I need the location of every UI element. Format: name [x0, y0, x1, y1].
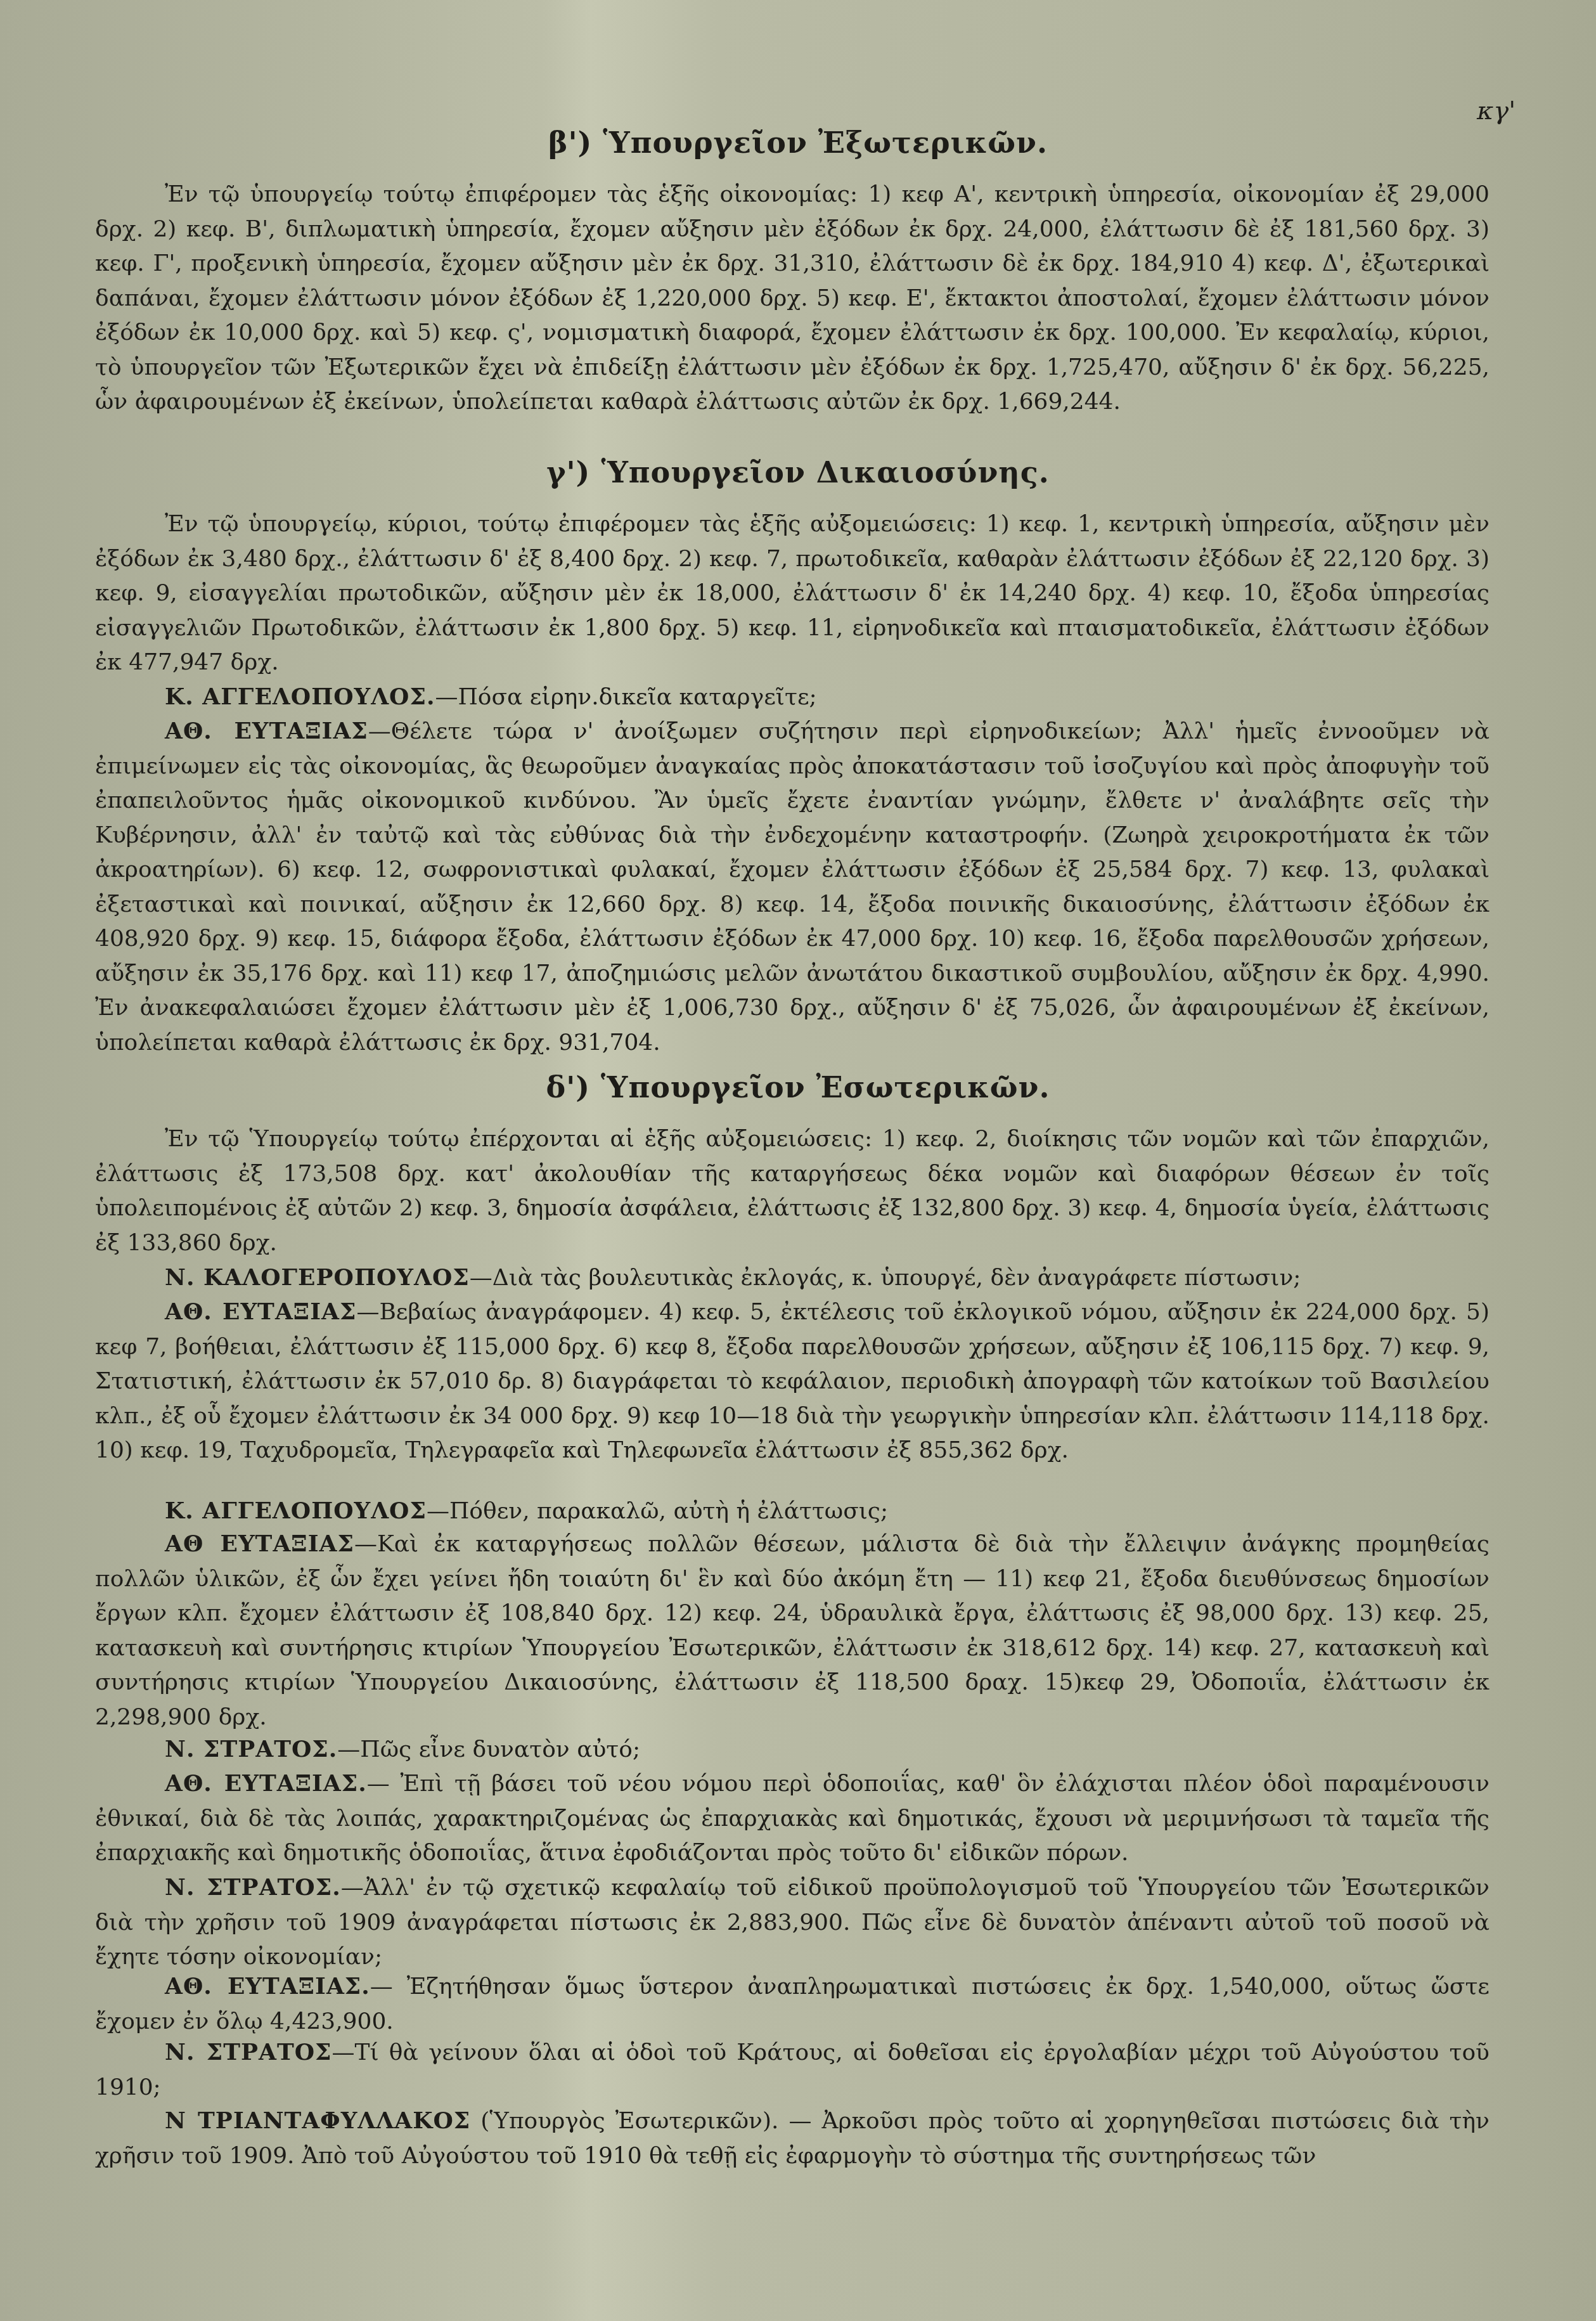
- speech-text: —Καὶ ἐκ καταργήσεως πολλῶν θέσεων, μάλισ…: [95, 1531, 1490, 1730]
- paragraph-interior: Ἐν τῷ Ὑπουργείῳ τούτῳ ἐπέρχονται αἱ ἑξῆς…: [95, 1122, 1490, 1260]
- exchange-interior-1: Ν. ΚΑΛΟΓΕΡΟΠΟΥΛΟΣ—Διὰ τὰς βουλευτικὰς ἐκ…: [95, 1260, 1490, 1296]
- speech-text: —Διὰ τὰς βουλευτικὰς ἐκλογάς, κ. ὑπουργέ…: [470, 1265, 1301, 1291]
- speaker-name: ΑΘ. ΕΥΤΑΞΙΑΣ.: [165, 1973, 370, 2000]
- speaker-name: ΑΘ ΕΥΤΑΞΙΑΣ: [165, 1530, 354, 1557]
- speaker-name: ΑΘ. ΕΥΤΑΞΙΑΣ.: [165, 1770, 367, 1797]
- exchange-interior-2: ΑΘ. ΕΥΤΑΞΙΑΣ—Βεβαίως ἀναγράφομεν. 4) κεφ…: [95, 1295, 1490, 1468]
- speech-text: —Πόθεν, παρακαλῶ, αὐτὴ ἡ ἐλάττωσις;: [427, 1498, 888, 1524]
- exchange-interior-9: Ν. ΣΤΡΑΤΟΣ—Τί θὰ γείνουν ὅλαι αἱ ὁδοὶ το…: [95, 2035, 1490, 2105]
- speaker-name: ΑΘ. ΕΥΤΑΞΙΑΣ: [165, 1298, 356, 1325]
- section-heading-foreign-affairs: β') Ὑπουργεῖον Ἐξωτερικῶν.: [0, 126, 1596, 160]
- speaker-name: Ν. ΣΤΡΑΤΟΣ.: [165, 1874, 341, 1901]
- document-page: κγ' β') Ὑπουργεῖον Ἐξωτερικῶν. Ἐν τῷ ὑπο…: [0, 0, 1596, 2321]
- speaker-name: Ν. ΚΑΛΟΓΕΡΟΠΟΥΛΟΣ: [165, 1264, 470, 1291]
- section-heading-interior: δ') Ὑπουργεῖον Ἐσωτερικῶν.: [0, 1070, 1596, 1104]
- exchange-justice-1: Κ. ΑΓΓΕΛΟΠΟΥΛΟΣ.—Πόσα εἰρην.δικεῖα καταρ…: [95, 680, 1490, 715]
- exchange-interior-7: Ν. ΣΤΡΑΤΟΣ.—Ἀλλ' ἐν τῷ σχετικῷ κεφαλαίῳ …: [95, 1870, 1490, 1975]
- exchange-interior-10: Ν ΤΡΙΑΝΤΑΦΥΛΛΑΚΟΣ (Ὑπουργὸς Ἐσωτερικῶν).…: [95, 2104, 1490, 2173]
- speaker-name: Ν ΤΡΙΑΝΤΑΦΥΛΛΑΚΟΣ: [165, 2107, 470, 2134]
- exchange-interior-6: ΑΘ. ΕΥΤΑΞΙΑΣ.— Ἐπὶ τῇ βάσει τοῦ νέου νόμ…: [95, 1766, 1490, 1871]
- paragraph-foreign-affairs: Ἐν τῷ ὑπουργείῳ τούτῳ ἐπιφέρομεν τὰς ἑξῆ…: [95, 178, 1490, 420]
- exchange-interior-3: Κ. ΑΓΓΕΛΟΠΟΥΛΟΣ—Πόθεν, παρακαλῶ, αὐτὴ ἡ …: [95, 1494, 1490, 1529]
- exchange-interior-5: Ν. ΣΤΡΑΤΟΣ.—Πῶς εἶνε δυνατὸν αὐτό;: [95, 1732, 1490, 1768]
- page-number: κγ': [1477, 96, 1516, 126]
- exchange-interior-4: ΑΘ ΕΥΤΑΞΙΑΣ—Καὶ ἐκ καταργήσεως πολλῶν θέ…: [95, 1527, 1490, 1735]
- exchange-justice-2: ΑΘ. ΕΥΤΑΞΙΑΣ—Θέλετε τώρα ν' ἀνοίξωμεν συ…: [95, 714, 1490, 1060]
- speech-text: —Πόσα εἰρην.δικεῖα καταργεῖτε;: [435, 684, 816, 710]
- speaker-name: Κ. ΑΓΓΕΛΟΠΟΥΛΟΣ.: [165, 683, 435, 710]
- exchange-interior-8: ΑΘ. ΕΥΤΑΞΙΑΣ.— Ἐζητήθησαν ὅμως ὕστερον ἀ…: [95, 1969, 1490, 2039]
- speech-text: —Θέλετε τώρα ν' ἀνοίξωμεν συζήτησιν περὶ…: [95, 718, 1490, 1056]
- section-heading-justice: γ') Ὑπουργεῖον Δικαιοσύνης.: [0, 455, 1596, 489]
- speaker-name: ΑΘ. ΕΥΤΑΞΙΑΣ: [165, 718, 368, 744]
- speech-text: —Πῶς εἶνε δυνατὸν αὐτό;: [337, 1736, 640, 1762]
- paragraph-justice: Ἐν τῷ ὑπουργείῳ, κύριοι, τούτῳ ἐπιφέρομε…: [95, 507, 1490, 680]
- speaker-name: Ν. ΣΤΡΑΤΟΣ: [165, 2039, 332, 2066]
- speaker-name: Ν. ΣΤΡΑΤΟΣ.: [165, 1736, 337, 1762]
- speaker-name: Κ. ΑΓΓΕΛΟΠΟΥΛΟΣ: [165, 1497, 427, 1524]
